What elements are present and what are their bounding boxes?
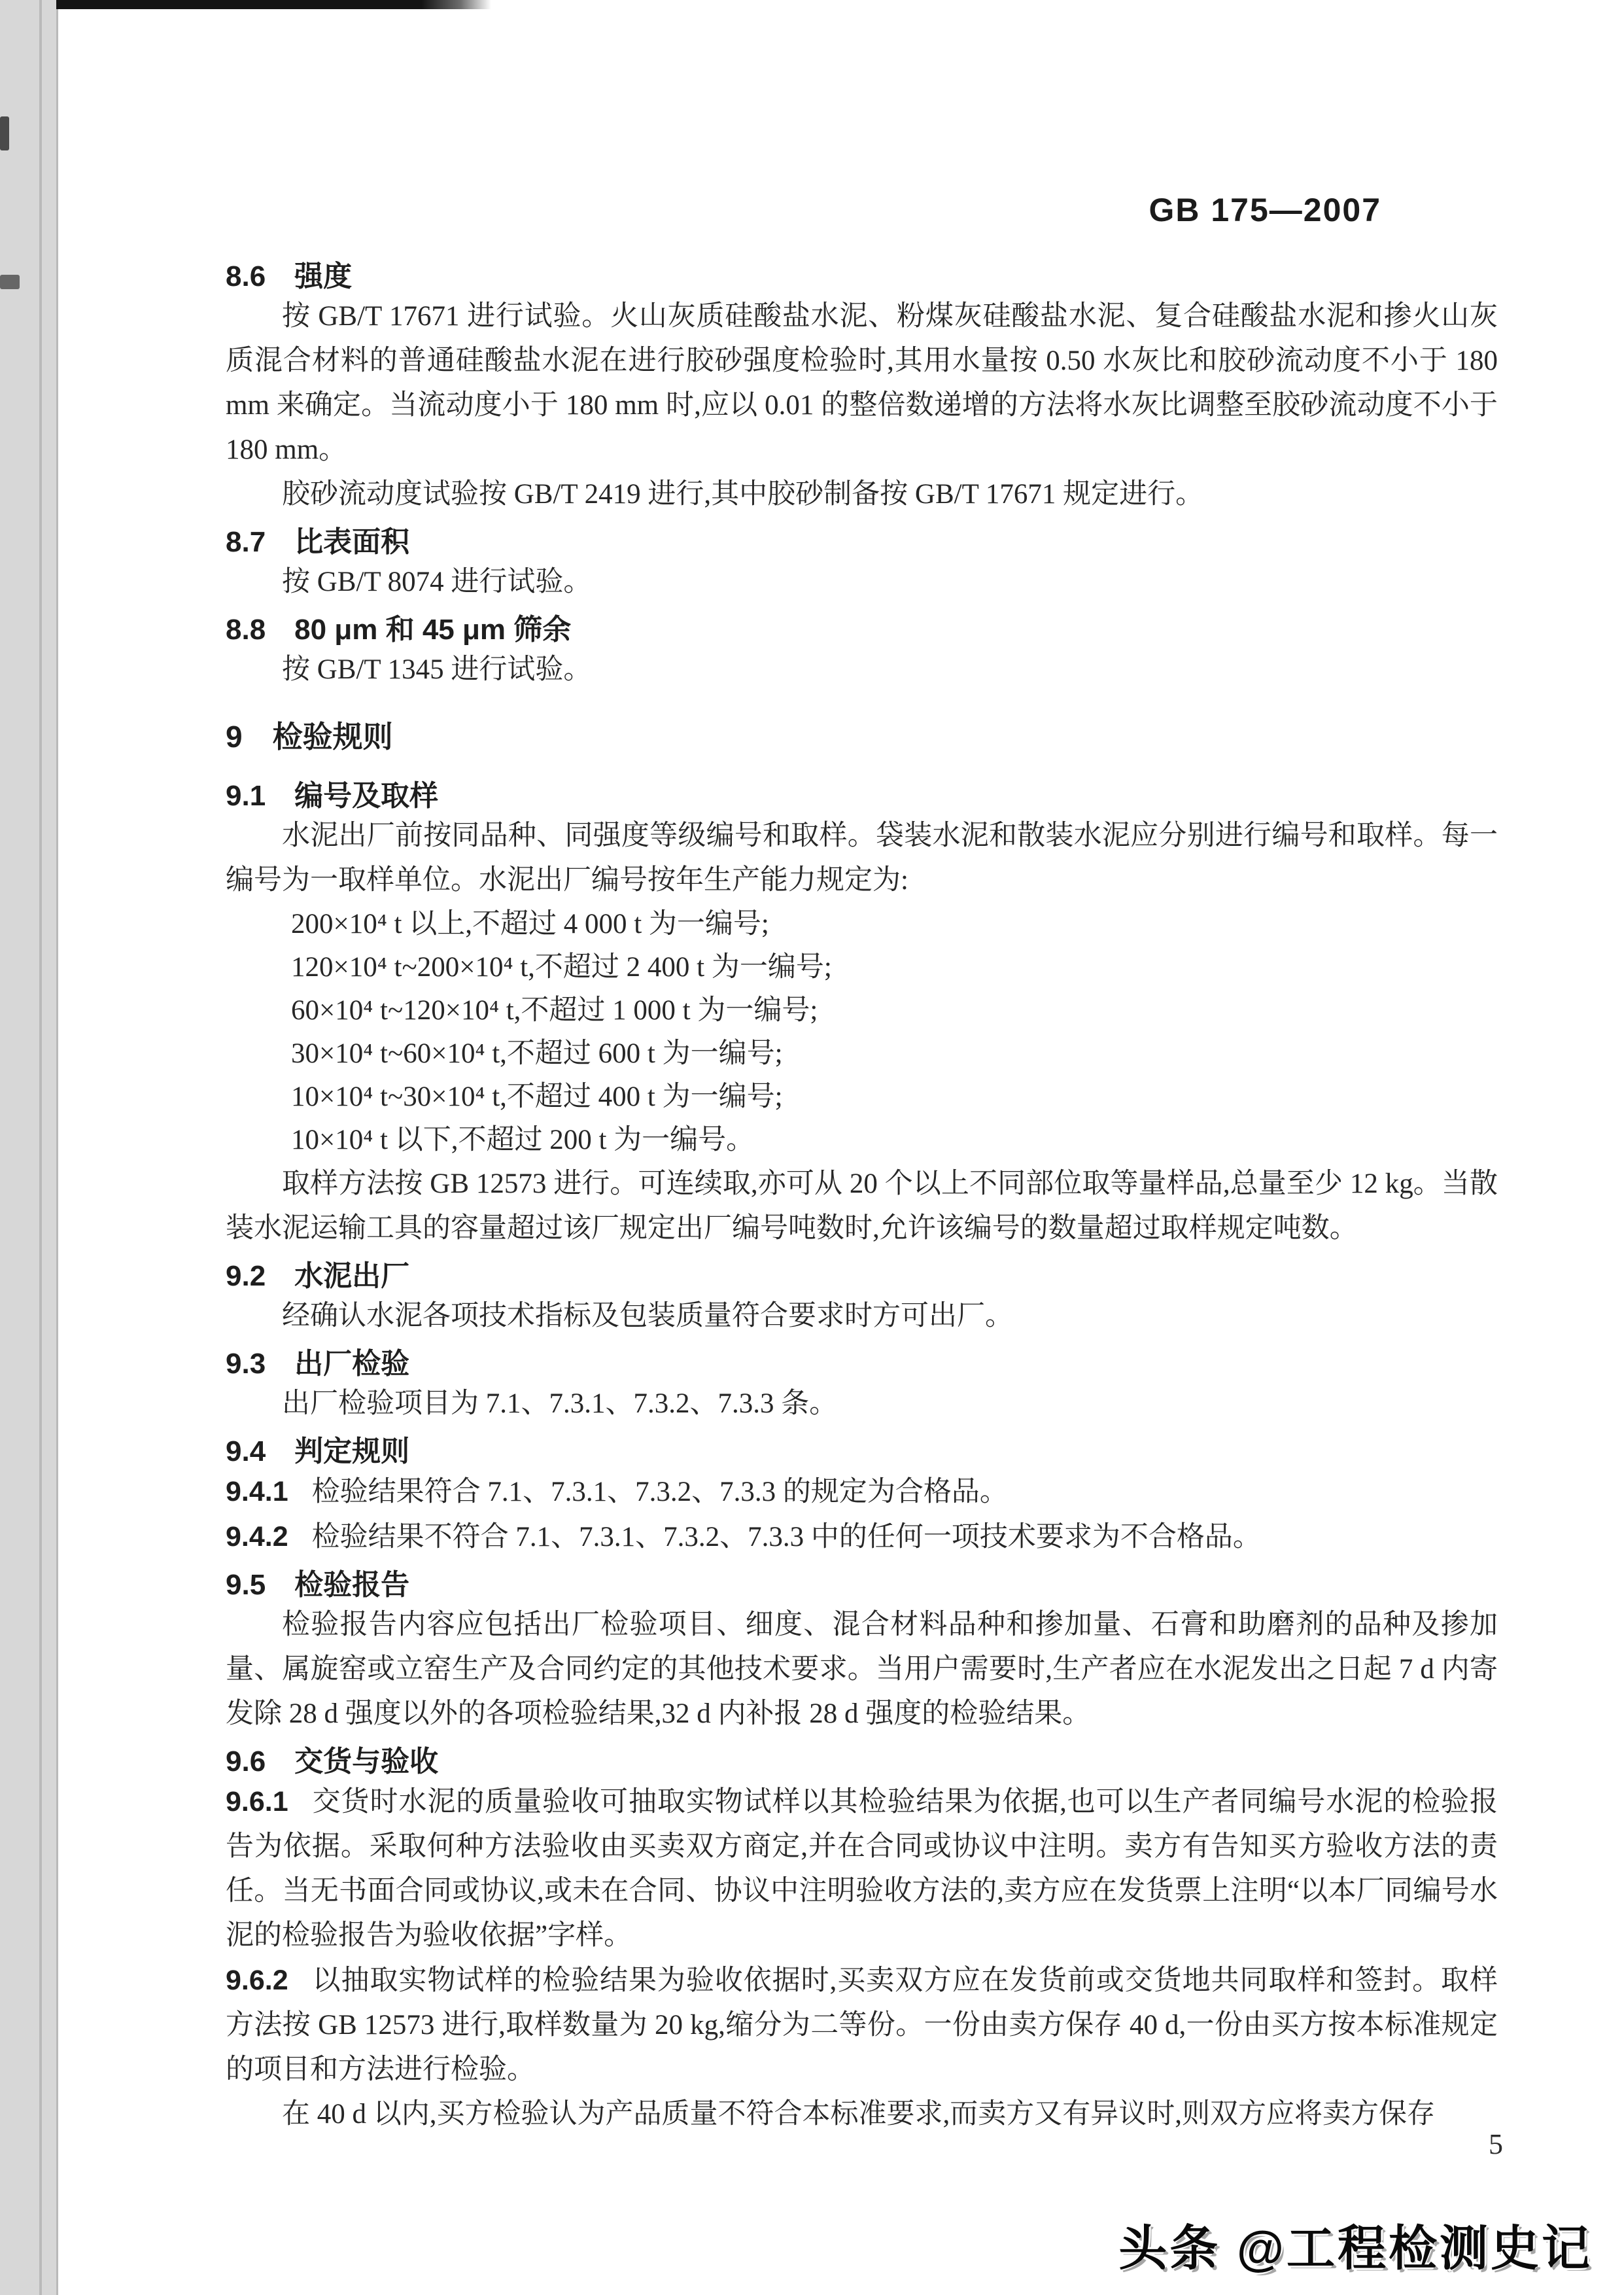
list-item: 10×10⁴ t~30×10⁴ t,不超过 400 t 为一编号; — [226, 1076, 1498, 1119]
list-item: 200×10⁴ t 以上,不超过 4 000 t 为一编号; — [226, 903, 1498, 946]
section-title: 80 μm 和 45 μm 筛余 — [294, 614, 571, 646]
scan-smudge — [0, 275, 20, 289]
section-number: 9.3 — [226, 1346, 266, 1382]
clause-9-6-1: 9.6.1交货时水泥的质量验收可抽取实物试样以其检验结果为依据,也可以生产者同编… — [226, 1779, 1498, 1958]
chapter-heading-9: 9检验规则 — [226, 718, 1498, 755]
section-number: 9.4 — [226, 1434, 266, 1469]
section-heading-9-5: 9.5检验报告 — [226, 1568, 1498, 1603]
paragraph-9-1: 水泥出厂前按同品种、同强度等级编号和取样。袋装水泥和散装水泥应分别进行编号和取样… — [226, 814, 1498, 903]
paragraph-closing: 在 40 d 以内,买方检验认为产品质量不符合本标准要求,而卖方又有异议时,则双… — [226, 2092, 1498, 2137]
section-number: 9.2 — [226, 1259, 266, 1294]
section-title: 判定规则 — [294, 1435, 409, 1467]
chapter-title: 检验规则 — [273, 720, 393, 754]
tonnage-list: 200×10⁴ t 以上,不超过 4 000 t 为一编号; 120×10⁴ t… — [226, 903, 1498, 1162]
clause-number: 9.6.1 — [226, 1786, 288, 1817]
clause-text: 检验结果不符合 7.1、7.3.1、7.3.2、7.3.3 中的任何一项技术要求… — [312, 1522, 1261, 1552]
clause-number: 9.6.2 — [226, 1965, 288, 1996]
standard-code-header: GB 175—2007 — [226, 191, 1498, 229]
clause-text: 交货时水泥的质量验收可抽取实物试样以其检验结果为依据,也可以生产者同编号水泥的检… — [226, 1787, 1498, 1951]
document-page: GB 175—2007 8.6强度 按 GB/T 17671 进行试验。火山灰质… — [226, 0, 1498, 2137]
section-heading-8-7: 8.7比表面积 — [226, 525, 1498, 560]
section-title: 检验报告 — [294, 1569, 409, 1601]
scan-smudge — [0, 116, 9, 150]
list-item: 30×10⁴ t~60×10⁴ t,不超过 600 t 为一编号; — [226, 1032, 1498, 1076]
paragraph-9-2: 经确认水泥各项技术指标及包装质量符合要求时方可出厂。 — [226, 1294, 1498, 1339]
paragraph-8-7: 按 GB/T 8074 进行试验。 — [226, 560, 1498, 604]
clause-9-4-1: 9.4.1检验结果符合 7.1、7.3.1、7.3.2、7.3.3 的规定为合格… — [226, 1469, 1498, 1515]
scan-crease-line — [39, 0, 42, 2295]
section-heading-9-4: 9.4判定规则 — [226, 1434, 1498, 1469]
scan-edge-strip — [0, 0, 58, 2295]
paragraph-9-3: 出厂检验项目为 7.1、7.3.1、7.3.2、7.3.3 条。 — [226, 1382, 1498, 1426]
section-title: 水泥出厂 — [294, 1260, 409, 1292]
section-title: 强度 — [294, 260, 352, 292]
section-number: 9.5 — [226, 1568, 266, 1603]
paragraph-8-8: 按 GB/T 1345 进行试验。 — [226, 648, 1498, 692]
paragraph-9-5: 检验报告内容应包括出厂检验项目、细度、混合材料品种和掺加量、石膏和助磨剂的品种及… — [226, 1603, 1498, 1736]
section-number: 8.8 — [226, 612, 266, 648]
list-item: 60×10⁴ t~120×10⁴ t,不超过 1 000 t 为一编号; — [226, 989, 1498, 1032]
clause-text: 以抽取实物试样的检验结果为验收依据时,买卖双方应在发货前或交货地共同取样和签封。… — [226, 1965, 1498, 2085]
section-heading-8-8: 8.880 μm 和 45 μm 筛余 — [226, 612, 1498, 648]
section-title: 编号及取样 — [294, 780, 438, 812]
clause-9-4-2: 9.4.2检验结果不符合 7.1、7.3.1、7.3.2、7.3.3 中的任何一… — [226, 1515, 1498, 1560]
section-title: 出厂检验 — [294, 1348, 409, 1380]
section-heading-8-6: 8.6强度 — [226, 259, 1498, 294]
section-title: 交货与验收 — [294, 1745, 438, 1778]
section-heading-9-2: 9.2水泥出厂 — [226, 1259, 1498, 1294]
chapter-number: 9 — [226, 718, 243, 755]
section-heading-9-1: 9.1编号及取样 — [226, 779, 1498, 814]
list-item: 10×10⁴ t 以下,不超过 200 t 为一编号。 — [226, 1119, 1498, 1162]
clause-text: 检验结果符合 7.1、7.3.1、7.3.2、7.3.3 的规定为合格品。 — [312, 1477, 1008, 1507]
section-heading-9-3: 9.3出厂检验 — [226, 1346, 1498, 1382]
paragraph-9-1-sampling: 取样方法按 GB 12573 进行。可连续取,亦可从 20 个以上不同部位取等量… — [226, 1162, 1498, 1251]
clause-number: 9.4.1 — [226, 1476, 288, 1507]
section-title: 比表面积 — [294, 526, 409, 558]
clause-number: 9.4.2 — [226, 1521, 288, 1552]
page-number: 5 — [1489, 2128, 1503, 2161]
watermark: 头条 @工程检测史记 — [1118, 2210, 1593, 2279]
section-number: 9.6 — [226, 1744, 266, 1779]
section-number: 9.1 — [226, 779, 266, 814]
section-number: 8.6 — [226, 259, 266, 294]
section-number: 8.7 — [226, 525, 266, 560]
paragraph-8-6-1: 按 GB/T 17671 进行试验。火山灰质硅酸盐水泥、粉煤灰硅酸盐水泥、复合硅… — [226, 294, 1498, 472]
clause-9-6-2: 9.6.2以抽取实物试样的检验结果为验收依据时,买卖双方应在发货前或交货地共同取… — [226, 1958, 1498, 2092]
section-heading-9-6: 9.6交货与验收 — [226, 1744, 1498, 1779]
paragraph-8-6-2: 胶砂流动度试验按 GB/T 2419 进行,其中胶砂制备按 GB/T 17671… — [226, 472, 1498, 517]
list-item: 120×10⁴ t~200×10⁴ t,不超过 2 400 t 为一编号; — [226, 946, 1498, 989]
